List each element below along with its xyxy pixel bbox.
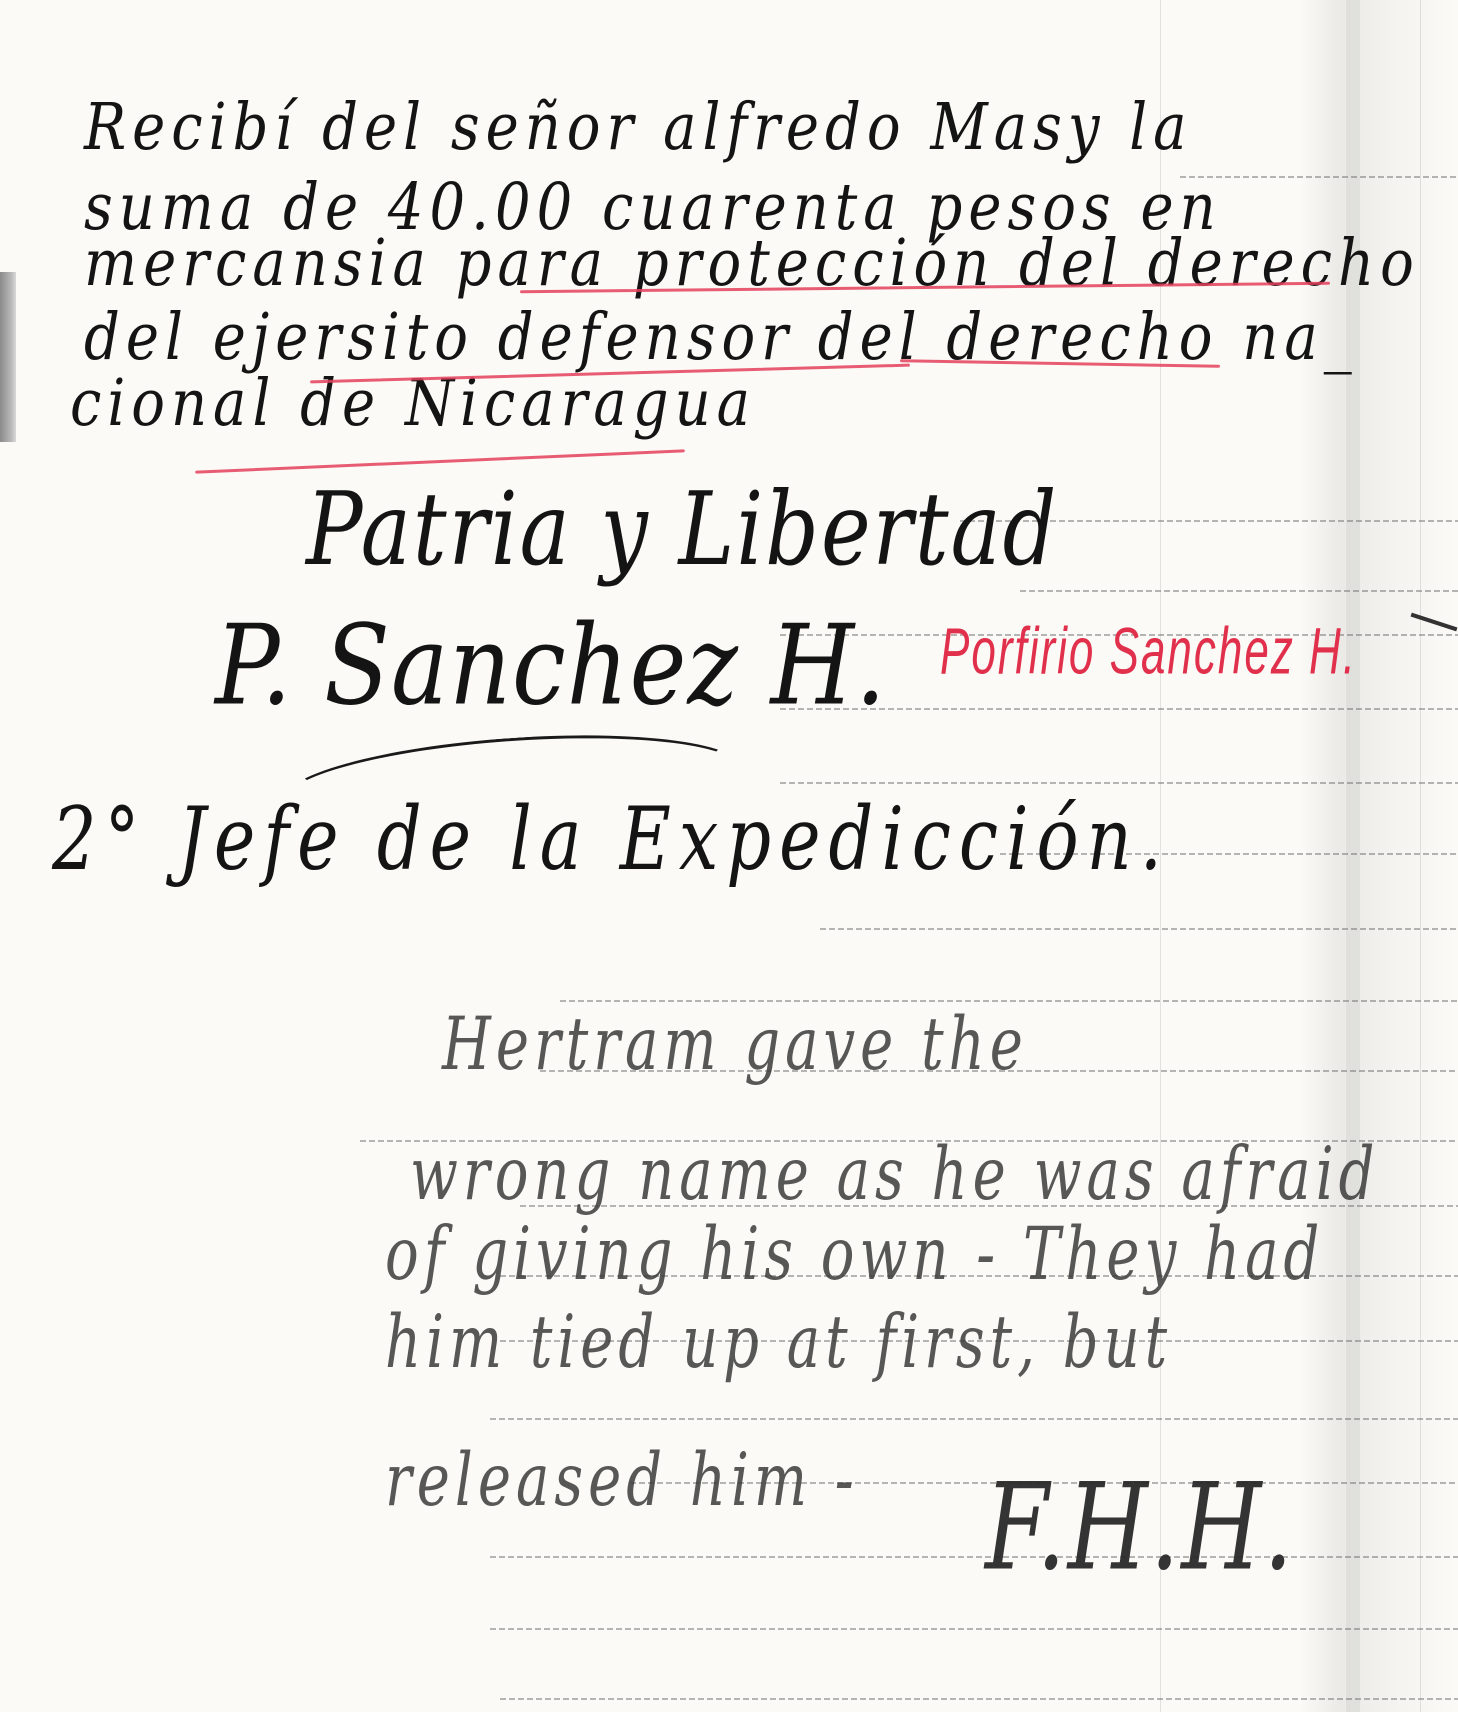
ruled-line <box>490 1418 1458 1420</box>
stray-pen-stroke <box>1411 613 1458 632</box>
signature-p-sanchez: P. Sanchez H. <box>215 601 887 730</box>
ruled-line <box>820 928 1458 930</box>
pencil-note-line-2: wrong name as he was afraid <box>410 1133 1379 1218</box>
pencil-note-initials: F.H.H. <box>985 1458 1295 1597</box>
receipt-line-1: Recibí del señor alfredo Masy la <box>84 90 1193 165</box>
scan-streak <box>1420 0 1421 1712</box>
ruled-line <box>490 1556 1458 1558</box>
pencil-note-line-1: Hertram gave the <box>442 1003 1028 1088</box>
margin-pencil-mark <box>0 272 16 442</box>
ruled-line <box>500 1698 1458 1700</box>
red-annotation-porfirio-sanchez: Porfirio Sanchez H. <box>940 615 1357 690</box>
ruled-line <box>1180 176 1458 178</box>
ruled-line <box>490 1628 1458 1630</box>
scanned-document-page: Recibí del señor alfredo Masy la suma de… <box>0 0 1458 1712</box>
ruled-line <box>1020 590 1458 592</box>
motto-patria-y-libertad: Patria y Libertad <box>306 470 1058 588</box>
pencil-note-line-3: of giving his own - They had <box>385 1213 1324 1298</box>
signer-title: 2° Jefe de la Expedicción. <box>52 788 1170 891</box>
pencil-note-line-4: him tied up at first, but <box>385 1301 1172 1386</box>
pencil-note-line-5: released him - <box>385 1439 859 1524</box>
